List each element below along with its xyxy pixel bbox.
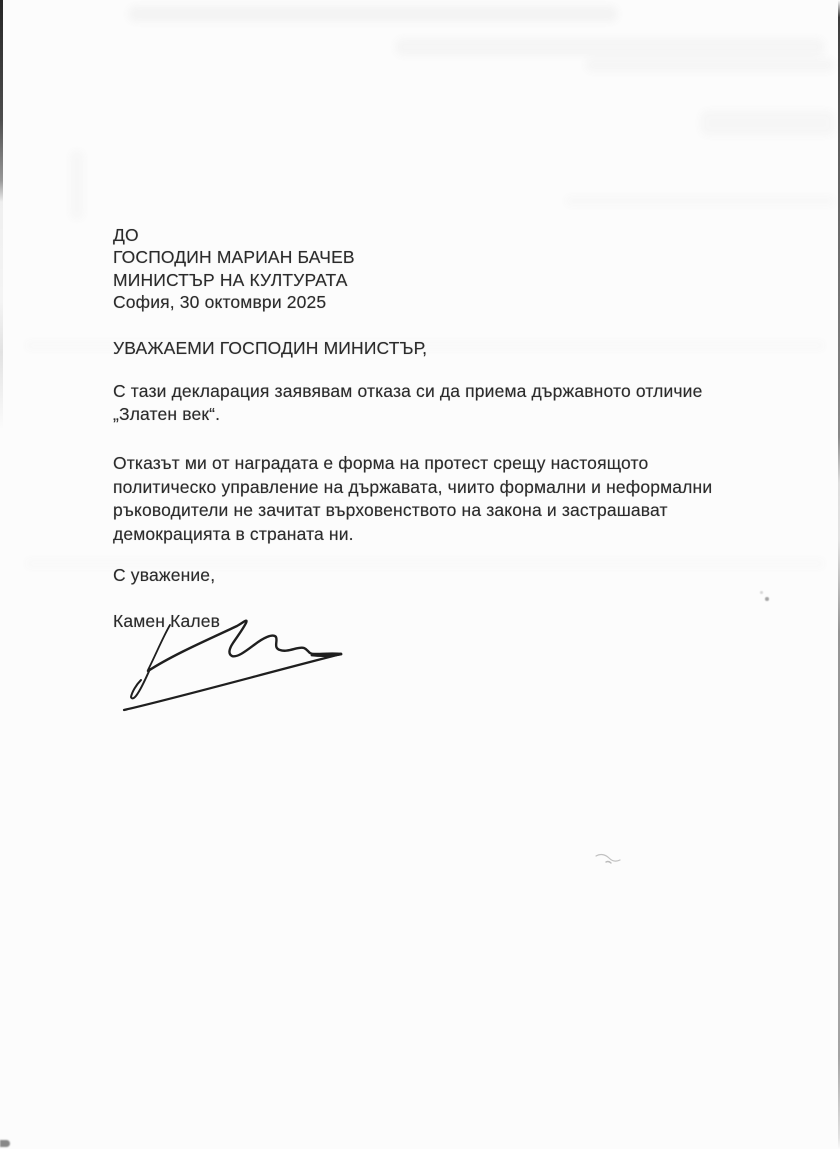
scan-corner-mark <box>0 1140 10 1147</box>
recipient-line-to: ДО <box>113 224 355 246</box>
scan-smudge <box>565 196 835 206</box>
paragraph-line: Отказът ми от наградата е форма на проте… <box>113 452 712 476</box>
scan-speck <box>760 591 763 594</box>
scan-squiggle-mark <box>592 848 624 870</box>
paragraph-protest: Отказът ми от наградата е форма на проте… <box>113 452 712 546</box>
paragraph-line: ръководители не зачитат върховенството н… <box>113 499 712 523</box>
paragraph-line: „Златен век“. <box>113 403 703 426</box>
dateline: София, 30 октомври 2025 <box>113 291 355 313</box>
scan-smudge <box>700 110 835 136</box>
scanned-letter-page: ДО ГОСПОДИН МАРИАН БАЧЕВ МИНИСТЪР НА КУЛ… <box>0 0 840 1149</box>
recipient-block: ДО ГОСПОДИН МАРИАН БАЧЕВ МИНИСТЪР НА КУЛ… <box>113 224 355 314</box>
recipient-line-title: МИНИСТЪР НА КУЛТУРАТА <box>113 269 355 291</box>
handwritten-signature <box>110 608 360 723</box>
scan-edge-artifact-right <box>838 0 840 1149</box>
paragraph-line: политическо управление на държавата, чии… <box>113 476 712 500</box>
scan-smudge <box>585 58 835 72</box>
scan-edge-artifact-left <box>0 0 3 430</box>
paragraph-declaration: С тази декларация заявявам отказа си да … <box>113 380 703 426</box>
scan-speck <box>765 597 769 601</box>
paragraph-line: С тази декларация заявявам отказа си да … <box>113 380 703 403</box>
scan-smudge <box>70 150 84 220</box>
salutation: УВАЖАЕМИ ГОСПОДИН МИНИСТЪР, <box>113 337 427 359</box>
scan-smudge <box>128 6 618 22</box>
closing-salute: С уважение, <box>113 564 215 586</box>
paragraph-line: демокрацията в страната ни. <box>113 523 712 547</box>
recipient-line-name: ГОСПОДИН МАРИАН БАЧЕВ <box>113 246 355 268</box>
scan-smudge <box>395 38 825 56</box>
